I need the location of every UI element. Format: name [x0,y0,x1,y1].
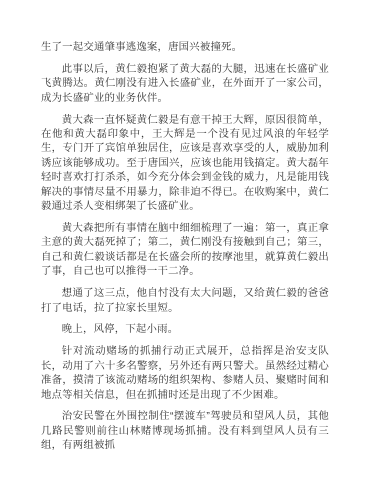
ebook-reader-page: 生了一起交通肇事逃逸案，唐国兴被撞死。 此事以后，黄仁毅抱紧了黄大磊的大腿，迅速… [0,0,370,480]
paragraph: 想通了这三点，他自忖没有太大问题，又给黄仁毅的爸爸打了电话，拉了拉家长里短。 [41,287,329,316]
paragraph: 黄大森把所有事情在脑中细细梳理了一遍：第一，真正拿主意的黄大磊死掉了；第二，黄仁… [41,222,329,280]
paragraph: 黄大森一直怀疑黄仁毅是有意干掉王大辉，原因很简单，在他和黄大磊印象中，王大辉是一… [41,114,329,215]
book-text-column: 生了一起交通肇事逃逸案，唐国兴被撞死。 此事以后，黄仁毅抱紧了黄大磊的大腿，迅速… [41,41,329,454]
paragraph: 晚上，风停，下起小雨。 [41,323,329,337]
paragraph: 针对流动赌场的抓捕行动正式展开，总指挥是治安支队长，动用了六十多名警察，另外还有… [41,345,329,403]
paragraph: 此事以后，黄仁毅抱紧了黄大磊的大腿，迅速在长盛矿业飞黄腾达。黄仁刚没有进入长盛矿… [41,63,329,106]
paragraph: 生了一起交通肇事逃逸案，唐国兴被撞死。 [41,41,329,55]
paragraph: 治安民警在外围控制住“摆渡车”驾驶员和望风人员，其他几路民警则前往山林赌博现场抓… [41,410,329,453]
